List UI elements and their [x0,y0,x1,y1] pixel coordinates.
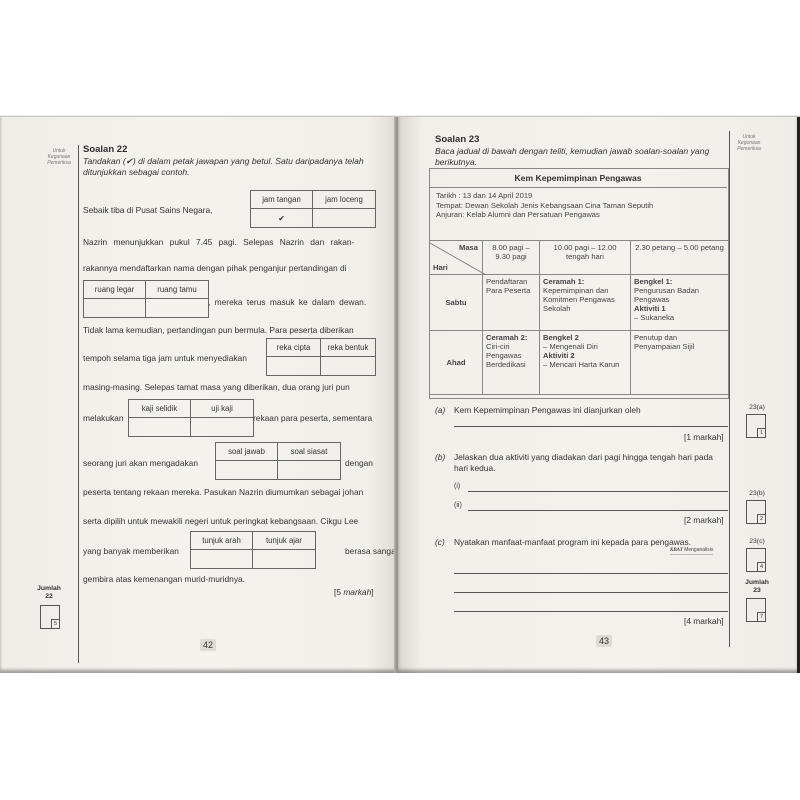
checkbox-jam-tangan[interactable]: ✔ [251,209,313,227]
score-box-23[interactable]: 7 [746,598,766,622]
page-43: Untuk Kegunaan Pemeriksa Soalan 23 Baca … [398,117,798,673]
margin-rule [78,145,79,663]
passage-line: Sebaik tiba di Pusat Sains Negara, [83,205,212,215]
page-number: 43 [596,635,612,647]
question-title: Soalan 22 [83,144,127,155]
max-score: 1 [757,428,765,437]
passage-line: melakukan [83,413,124,423]
option-label: kaji selidik [129,400,191,418]
info-venue: Tempat: Dewan Sekolah Jenis Kebangsaan C… [436,201,653,211]
total-label: Jumlah 23 [740,579,774,595]
schedule-row-ahad: Ahad Ceramah 2:Ciri-ciri Pengawas Berded… [430,331,729,395]
marks-label-b: [2 markah] [684,515,724,525]
passage-line: berasa sangat [345,546,398,556]
answer-line-a[interactable] [454,426,728,427]
score-box-23c[interactable]: 4 [746,548,766,572]
corner-hari: Hari [433,263,448,272]
info-date: Tarikh : 13 dan 14 April 2019 [436,191,653,201]
part-b-label: (b) [435,452,445,462]
day-sabtu: Sabtu [430,275,483,331]
checkbox-reka-bentuk[interactable] [321,357,375,375]
passage-line: gembira atas kemenangan murid-muridnya. [83,574,245,584]
option-label: tunjuk arah [191,532,253,550]
marks-label: [5 markah] [334,587,374,597]
day-ahad: Ahad [430,331,483,395]
answer-line-c-1[interactable] [454,573,728,574]
checkbox-jam-loceng[interactable] [313,209,375,227]
answer-box-2: ruang legar ruang tamu [83,280,209,318]
schedule-row-sabtu: Sabtu Pendaftaran Para Peserta Ceramah 1… [430,275,729,331]
part-a-question: Kem Kepemimpinan Pengawas ini dianjurkan… [454,405,641,415]
score-label-23a: 23(a) [742,404,772,412]
option-label: soal siasat [278,443,340,461]
time-slot-3: 2.30 petang – 5.00 petang [631,241,729,275]
option-label: reka bentuk [321,339,375,357]
answer-line-c-3[interactable] [454,611,728,612]
option-label: ruang legar [84,281,146,299]
question-title: Soalan 23 [435,134,479,145]
part-c-question: Nyatakan manfaat-manfaat program ini kep… [454,537,691,547]
time-slot-2: 10.00 pagi – 12.00 tengah hari [540,241,631,275]
total-word: Jumlah [36,585,62,593]
sub-ii-label: (ii) [454,502,462,509]
marks-label-c: [4 markah] [684,616,724,626]
part-b-question: Jelaskan dua aktiviti yang diadakan dari… [454,452,728,474]
checkbox-uji-kaji[interactable] [191,418,253,436]
passage-line: yang banyak memberikan [83,546,179,556]
score-label-23c: 23(c) [742,538,772,546]
option-label: reka cipta [267,339,321,357]
max-score: 5 [51,619,59,628]
activity-cell: Ceramah 1:Kepemimpinan dan Komitmen Peng… [540,275,631,331]
passage-line: Nazrin menunjukkan pukul 7.45 pagi. Sele… [83,237,354,247]
answer-line-b-ii[interactable] [468,510,728,511]
schedule-table: Masa Hari 8.00 pagi – 9.30 pagi 10.00 pa… [429,240,729,395]
passage-line: masing-masing. Selepas tamat masa yang d… [83,382,350,392]
activity-cell: Bengkel 2– Mengenali DiriAktiviti 2– Men… [540,331,631,395]
marks-label-a: [1 markah] [684,432,724,442]
total-word: Jumlah [740,579,774,587]
time-slot-1: 8.00 pagi – 9.30 pagi [483,241,540,275]
max-score: 2 [757,514,765,523]
passage-line: peserta tentang rekaan mereka. Pasukan N… [83,487,363,497]
passage-line: tempoh selama tiga jam untuk menyediakan [83,353,247,363]
score-box-22[interactable]: 5 [40,605,60,629]
checkbox-soal-siasat[interactable] [278,461,340,479]
question-instruction: Baca jadual di bawah dengan teliti, kemu… [435,146,727,168]
activity-cell: Penutup dan Penyampaian Sijil [631,331,729,395]
question-instruction: Tandakan (✔) di dalam petak jawapan yang… [83,156,388,178]
answer-box-4: kaji selidik uji kaji [128,399,254,437]
answer-box-6: tunjuk arah tunjuk ajar [190,531,316,569]
score-box-23a[interactable]: 1 [746,414,766,438]
option-label: jam loceng [313,191,375,209]
passage-line: Tidak lama kemudian, pertandingan pun be… [83,325,354,335]
total-question-number: 23 [740,587,774,595]
examiner-note: Untuk Kegunaan Pemeriksa [44,148,74,166]
margin-rule [729,131,730,647]
schedule-info: Tarikh : 13 dan 14 April 2019 Tempat: De… [436,191,653,220]
passage-line: , mereka terus masuk ke dalam dewan. [208,297,366,307]
schedule-title-rule [429,168,727,188]
examiner-note: Untuk Kegunaan Pemeriksa [734,134,764,152]
passage-line: serta dipilih untuk mewakili negeri untu… [83,516,358,526]
score-label-23b: 23(b) [742,490,772,498]
option-label: ruang tamu [146,281,208,299]
option-label: jam tangan [251,191,313,209]
option-label: tunjuk ajar [253,532,315,550]
answer-line-c-2[interactable] [454,592,728,593]
passage-line: rekaan para peserta, sementara [253,413,372,423]
checkbox-reka-cipta[interactable] [267,357,321,375]
passage-line: dengan [345,458,373,468]
time-header-row: Masa Hari 8.00 pagi – 9.30 pagi 10.00 pa… [430,241,729,275]
checkbox-soal-jawab[interactable] [216,461,278,479]
corner-masa: Masa [459,243,478,252]
score-box-23b[interactable]: 2 [746,500,766,524]
checkbox-tunjuk-arah[interactable] [191,550,253,568]
checkbox-ruang-legar[interactable] [84,299,146,317]
answer-box-1: jam tangan jam loceng ✔ [250,190,376,228]
passage-line: seorang juri akan mengadakan [83,458,198,468]
answer-box-5: soal jawab soal siasat [215,442,341,480]
activity-cell: Bengkel 1:Pengurusan Badan PengawasAktiv… [631,275,729,331]
answer-box-3: reka cipta reka bentuk [266,338,376,376]
part-a-label: (a) [435,405,445,415]
part-c-label: (c) [435,537,445,547]
checkbox-tunjuk-ajar[interactable] [253,550,315,568]
activity-cell: Pendaftaran Para Peserta [483,275,540,331]
total-question-number: 22 [36,593,62,601]
option-label: uji kaji [191,400,253,418]
answer-line-b-i[interactable] [468,491,728,492]
total-label: Jumlah 22 [36,585,62,601]
page-number: 42 [200,639,216,651]
checkbox-ruang-tamu[interactable] [146,299,208,317]
max-score: 7 [757,612,765,621]
sub-i-label: (i) [454,483,460,490]
passage-line: rakannya mendaftarkan nama dengan pihak … [83,263,347,273]
open-workbook: Untuk Kegunaan Pemeriksa Soalan 22 Tanda… [0,117,800,673]
corner-cell: Masa Hari [430,241,483,275]
checkbox-kaji-selidik[interactable] [129,418,191,436]
page-42: Untuk Kegunaan Pemeriksa Soalan 22 Tanda… [0,117,396,673]
activity-cell: Ceramah 2:Ciri-ciri Pengawas Berdedikasi [483,331,540,395]
max-score: 4 [757,562,765,571]
option-label: soal jawab [216,443,278,461]
kbat-badge: KBAT Menganalisis [670,547,713,555]
info-organizer: Anjuran: Kelab Alumni dan Persatuan Peng… [436,210,653,220]
